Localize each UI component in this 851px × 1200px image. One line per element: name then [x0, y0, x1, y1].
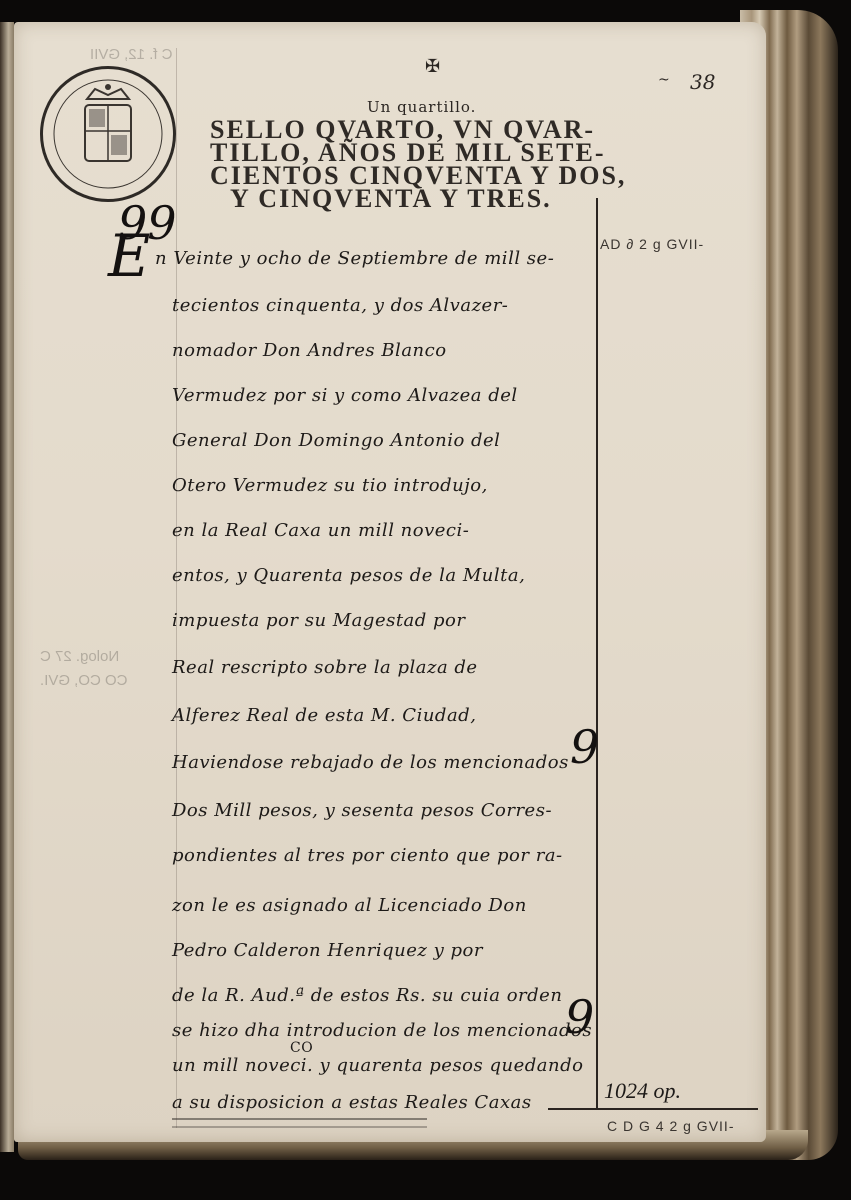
- text-line: a su disposicion a estas Reales Caxas: [172, 1092, 532, 1113]
- stamp-denomination: Un quartillo.: [367, 98, 476, 116]
- text-line: un mill noveci. y quarenta pesos quedand…: [172, 1055, 583, 1076]
- ghost-reference-top: C f. 12, GVII: [90, 46, 173, 63]
- coat-of-arms-icon: [43, 69, 173, 199]
- text-line: Pedro Calderon Henriquez y por: [172, 940, 483, 961]
- text-line: Dos Mill pesos, y sesenta pesos Corres-: [172, 800, 552, 821]
- archive-reference-bottom: C D G 4 2 g GVII-: [607, 1118, 734, 1134]
- text-line: de la R. Aud.ª de estos Rs. su cuia orde…: [172, 985, 562, 1006]
- amount-rule: [548, 1108, 758, 1110]
- ghost-reference-mid2: CO CO, GVI.: [40, 672, 128, 689]
- margin-amount: 1024 op.: [604, 1078, 681, 1104]
- text-line: pondientes al tres por ciento que por ra…: [172, 845, 563, 866]
- text-line: Alferez Real de esta M. Ciudad,: [172, 705, 476, 726]
- text-line: Otero Vermudez su tio introdujo,: [172, 475, 488, 496]
- text-line: tecientos cinquenta, y dos Alvazer-: [172, 295, 508, 316]
- flourish-mark: 9: [565, 990, 594, 1044]
- superscript-co: CO: [290, 1040, 313, 1056]
- text-line: impuesta por su Magestad por: [172, 610, 466, 631]
- text-line: zon le es asignado al Licenciado Don: [172, 895, 527, 916]
- right-margin-rule: [596, 198, 598, 1110]
- text-line: entos, y Quarenta pesos de la Multa,: [172, 565, 525, 586]
- adjacent-page-edge: [0, 22, 14, 1152]
- text-line: en la Real Caxa un mill noveci-: [172, 520, 469, 541]
- closing-underline: [172, 1118, 427, 1128]
- text-line: General Don Domingo Antonio del: [172, 430, 500, 451]
- ghost-reference-mid: Nolog. 27 C: [40, 648, 119, 665]
- stamp-title-line: Y CINQVENTA Y TRES.: [210, 187, 680, 210]
- royal-seal: [40, 66, 176, 202]
- text-line: n Veinte y ocho de Septiembre de mill se…: [155, 248, 554, 269]
- folio-number: 38: [690, 70, 715, 94]
- initial-capital: E: [108, 222, 150, 290]
- margin-reference-top: AD ∂ 2 g GVII-: [600, 236, 704, 252]
- folio-mark: ~: [658, 72, 670, 88]
- text-line: Real rescripto sobre la plaza de: [172, 657, 478, 678]
- flourish-mark: 9: [570, 720, 599, 774]
- text-line: nomador Don Andres Blanco: [172, 340, 447, 361]
- cross-ornament-icon: ✠: [425, 56, 440, 77]
- text-line: se hizo dha introducion de los mencionad…: [172, 1020, 592, 1041]
- text-line: Vermudez por si y como Alvazea del: [172, 385, 518, 406]
- stamp-title: SELLO QVARTO, VN QVAR- TILLO, AÑOS DE MI…: [210, 118, 680, 210]
- text-line: Haviendose rebajado de los mencionados: [172, 752, 569, 773]
